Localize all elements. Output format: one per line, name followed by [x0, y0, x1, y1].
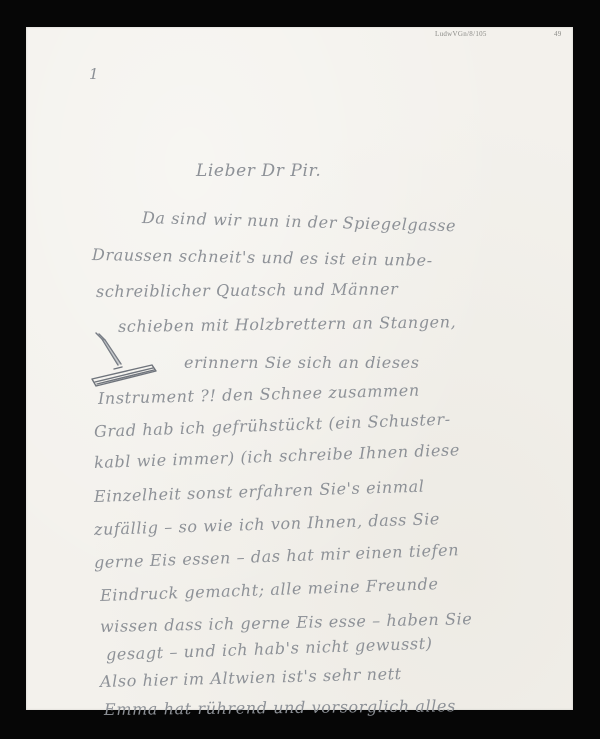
archive-id: LudwVGn/8/105	[435, 30, 487, 38]
letter-line: schieben mit Holzbrettern an Stangen,	[118, 312, 457, 336]
letter-line: Emma hat rührend und vorsorglich alles	[104, 696, 456, 719]
scan-frame: LudwVGn/8/105 49 1 Lieber Dr Pir. Da sin…	[0, 0, 600, 739]
letter-line: Also hier im Altwien ist's sehr nett	[100, 664, 402, 691]
letter-line: gerne Eis essen – das hat mir einen tief…	[94, 540, 460, 572]
letter-line: wissen dass ich gerne Eis esse – haben S…	[100, 609, 473, 636]
letter-line: Eindruck gemacht; alle meine Freunde	[100, 574, 439, 605]
letter-line: schreiblicher Quatsch und Männer	[96, 279, 399, 301]
letter-page: LudwVGn/8/105 49 1 Lieber Dr Pir. Da sin…	[26, 27, 573, 710]
folio-number: 49	[554, 30, 562, 38]
letter-line: Draussen schneit's und es ist ein unbe-	[92, 245, 433, 270]
letter-line: gesagt – und ich hab's nicht gewusst)	[106, 634, 433, 664]
letter-line: Da sind wir nun in der Spiegelgasse	[142, 208, 457, 235]
letter-line: Grad hab ich gefrühstückt (ein Schuster-	[94, 410, 451, 441]
letter-line: zufällig – so wie ich von Ihnen, dass Si…	[94, 509, 441, 539]
letter-line: erinnern Sie sich an dieses	[184, 353, 420, 372]
letter-line: Einzelheit sonst erfahren Sie's einmal	[94, 477, 425, 506]
salutation: Lieber Dr Pir.	[196, 161, 321, 181]
snow-scraper-icon	[88, 331, 162, 389]
page-number: 1	[89, 65, 99, 83]
letter-line: kabl wie immer) (ich schreibe Ihnen dies…	[94, 440, 461, 472]
